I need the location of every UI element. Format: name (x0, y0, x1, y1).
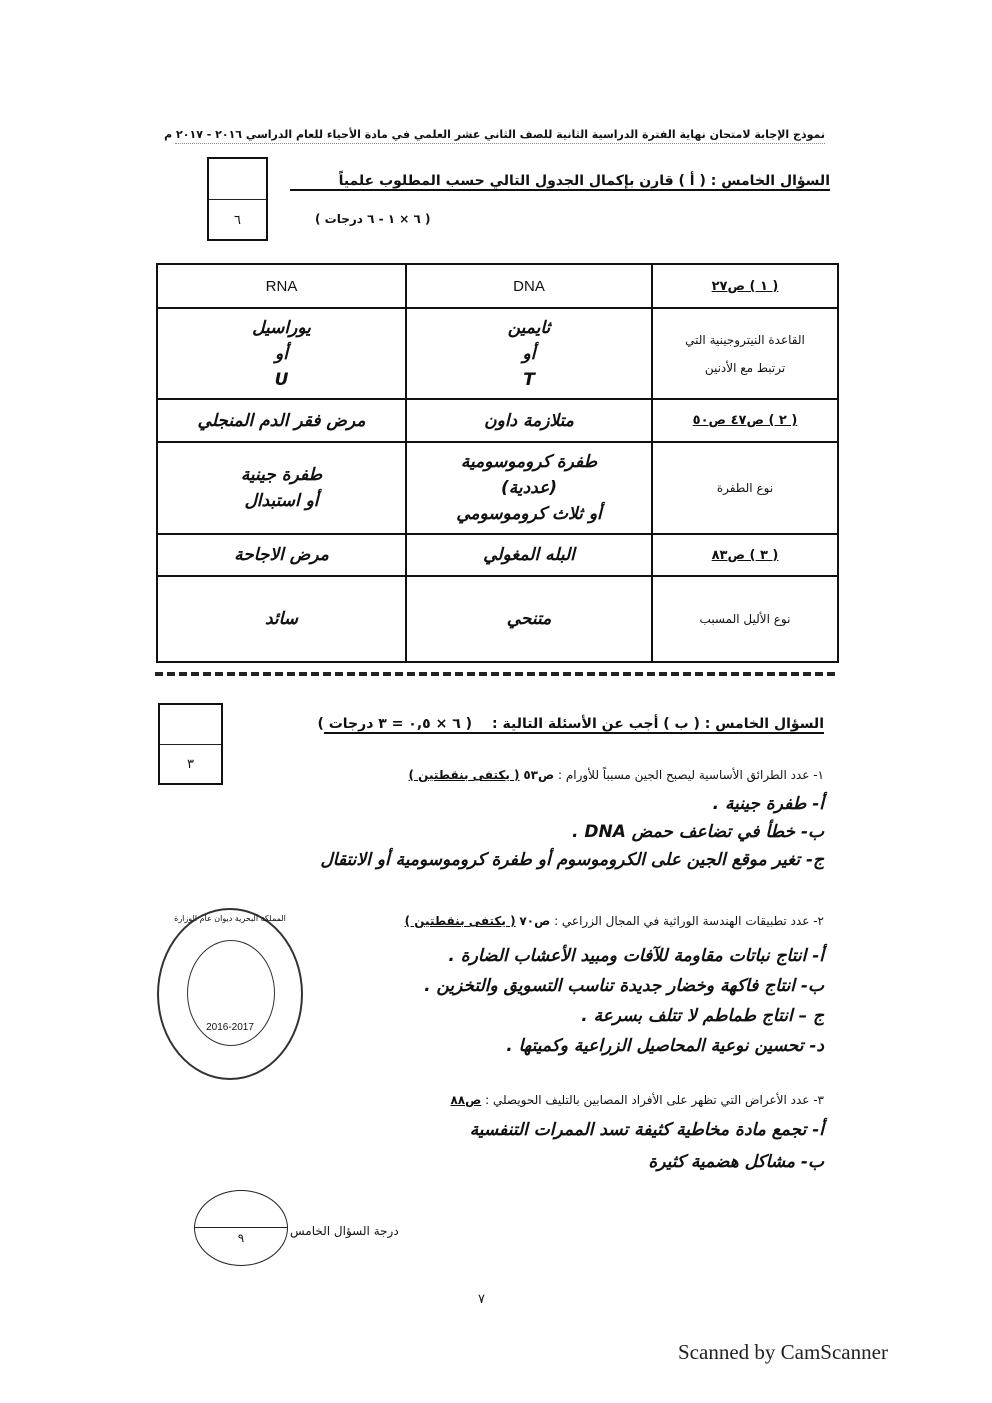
question-2: ٢- عدد تطبيقات الهندسة الوراثية في المجا… (405, 914, 824, 928)
section-a-score-box: ٦ (207, 157, 268, 241)
row-label: القاعدة النيتروجينية التي ترتبط مع الأدن… (652, 308, 838, 399)
table-row: ( ٢ ) ص٤٧ ص٥٠ متلازمة داون مرض فقر الدم … (157, 399, 838, 442)
header-cell-rna: RNA (157, 264, 406, 308)
section-b-score-box: ٣ (158, 703, 223, 785)
row-label: ( ٣ ) ص٨٣ (652, 534, 838, 576)
answer-3a: أ- تجمع مادة مخاطية كثيفة تسد الممرات ال… (470, 1120, 824, 1140)
dna-cell: البله المغولي (406, 534, 652, 576)
table-row: نوع الأليل المسبب متنحي سائد (157, 576, 838, 662)
grade-label: درجة السؤال الخامس (290, 1224, 399, 1238)
stamp-ring-text: المملكة البحرية ديوان عام الوزارة (159, 914, 301, 923)
answer-1b: ب- خطأ في تضاعف حمض DNA . (572, 822, 824, 842)
dna-cell: متنحي (406, 576, 652, 662)
official-stamp: المملكة البحرية ديوان عام الوزارة 2016-2… (157, 908, 303, 1080)
answer-2a: أ- انتاج نباتات مقاومة للآفات ومبيد الأع… (448, 946, 824, 966)
grade-value: ٩ (195, 1231, 287, 1245)
question-grade-circle: ٩ (194, 1190, 288, 1266)
comparison-table: ( ١ ) ص٢٧ DNA RNA القاعدة النيتروجينية ا… (156, 263, 839, 663)
score-box-top (209, 159, 266, 200)
answer-3b: ب- مشاكل هضمية كثيرة (648, 1152, 824, 1172)
header-cell-ref: ( ١ ) ص٢٧ (652, 264, 838, 308)
answer-1c: ج- تغير موقع الجين على الكروموسوم أو طفر… (320, 850, 824, 870)
section-b-title-row: السؤال الخامس : ( ب ) أجب عن الأسئلة الت… (324, 716, 824, 734)
stamp-year: 2016-2017 (159, 1022, 301, 1033)
rna-cell: مرض الاجاحة (157, 534, 406, 576)
header-cell-dna: DNA (406, 264, 652, 308)
answer-2d: د- تحسين نوعية المحاصيل الزراعية وكميتها… (506, 1036, 824, 1056)
grade-divider (195, 1227, 287, 1228)
rna-cell: سائد (157, 576, 406, 662)
table-row: نوع الطفرة طفرة كروموسومية (عددية) أو ثل… (157, 442, 838, 534)
dna-cell: ثايمين أو T (406, 308, 652, 399)
dna-cell: طفرة كروموسومية (عددية) أو ثلاث كروموسوم… (406, 442, 652, 534)
question-3: ٣- عدد الأعراض التي تظهر على الأفراد الم… (450, 1093, 824, 1107)
table-row: القاعدة النيتروجينية التي ترتبط مع الأدن… (157, 308, 838, 399)
dna-cell: متلازمة داون (406, 399, 652, 442)
section-a-title: السؤال الخامس : ( أ ) قارن بإكمال الجدول… (290, 173, 830, 191)
table-header-row: ( ١ ) ص٢٧ DNA RNA (157, 264, 838, 308)
scanner-watermark: Scanned by CamScanner (678, 1340, 888, 1365)
row-label: نوع الطفرة (652, 442, 838, 534)
rna-cell: يوراسيل أو U (157, 308, 406, 399)
score-box-value: ٣ (160, 745, 221, 784)
row-label: ( ٢ ) ص٤٧ ص٥٠ (652, 399, 838, 442)
row-label: نوع الأليل المسبب (652, 576, 838, 662)
exam-header: نموذج الإجابة لامتحان نهاية الفترة الدرا… (175, 128, 825, 144)
section-divider (155, 672, 835, 676)
section-b-marks: ( ٦ × ٠,٥ = ٣ درجات ) (317, 716, 472, 732)
answer-1a: أ- طفرة جينية . (713, 794, 824, 814)
page-number: ٧ (478, 1292, 485, 1307)
rna-cell: مرض فقر الدم المنجلي (157, 399, 406, 442)
table-row: ( ٣ ) ص٨٣ البله المغولي مرض الاجاحة (157, 534, 838, 576)
question-1: ١- عدد الطرائق الأساسية ليصبح الجين مسبب… (409, 768, 825, 782)
section-a-marks: ( ٦ × ١ - ٦ درجات ) (315, 212, 431, 226)
score-box-value: ٦ (209, 200, 266, 240)
section-b-title: السؤال الخامس : ( ب ) أجب عن الأسئلة الت… (492, 716, 824, 732)
answer-2c: ج – انتاج طماطم لا تتلف بسرعة . (581, 1006, 824, 1026)
score-box-top (160, 705, 221, 745)
answer-2b: ب- انتاج فاكهة وخضار جديدة تناسب التسويق… (424, 976, 824, 996)
rna-cell: طفرة جينية أو استبدال (157, 442, 406, 534)
